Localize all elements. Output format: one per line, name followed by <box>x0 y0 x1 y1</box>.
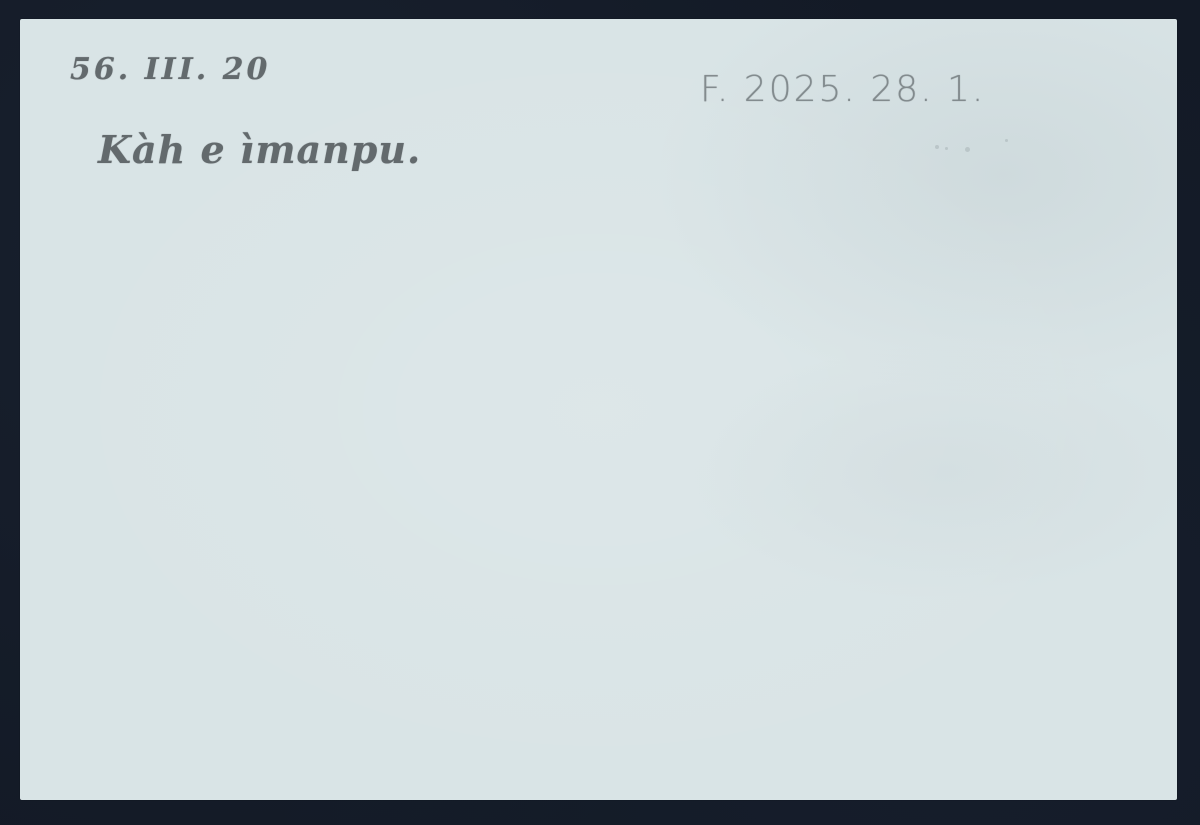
paper-speck <box>965 147 970 152</box>
paper-speck <box>1005 139 1008 142</box>
handwritten-caption: Kàh e ìmanpu. <box>98 127 421 172</box>
paper-speck <box>935 145 939 149</box>
handwritten-accession-number: F. 2025. 28. 1. <box>700 69 985 110</box>
paper-speck <box>945 147 948 150</box>
handwritten-date: 56. III. 20 <box>70 52 270 87</box>
photo-card-reverse: 56. III. 20 Kàh e ìmanpu. F. 2025. 28. 1… <box>20 19 1177 800</box>
